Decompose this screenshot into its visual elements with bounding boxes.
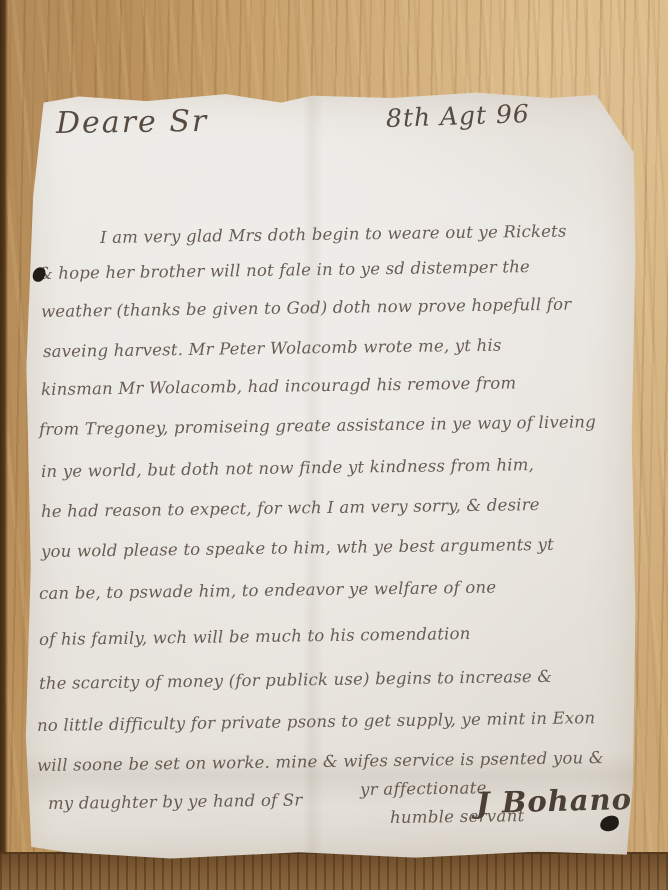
plank-seam-left bbox=[0, 0, 8, 890]
signature: J Bohanon bbox=[476, 781, 655, 820]
letter-photo: Deare Sr 8th Agt 96 I am very glad Mrs d… bbox=[0, 0, 668, 890]
plank-bottom bbox=[0, 852, 668, 890]
letter-line: my daughter by ye hand of Sr bbox=[48, 790, 303, 813]
salutation: Deare Sr bbox=[56, 104, 209, 141]
date: 8th Agt 96 bbox=[385, 99, 530, 133]
letter-paper: Deare Sr 8th Agt 96 I am very glad Mrs d… bbox=[24, 88, 636, 860]
closing-line-1: yr affectionate bbox=[360, 778, 487, 799]
